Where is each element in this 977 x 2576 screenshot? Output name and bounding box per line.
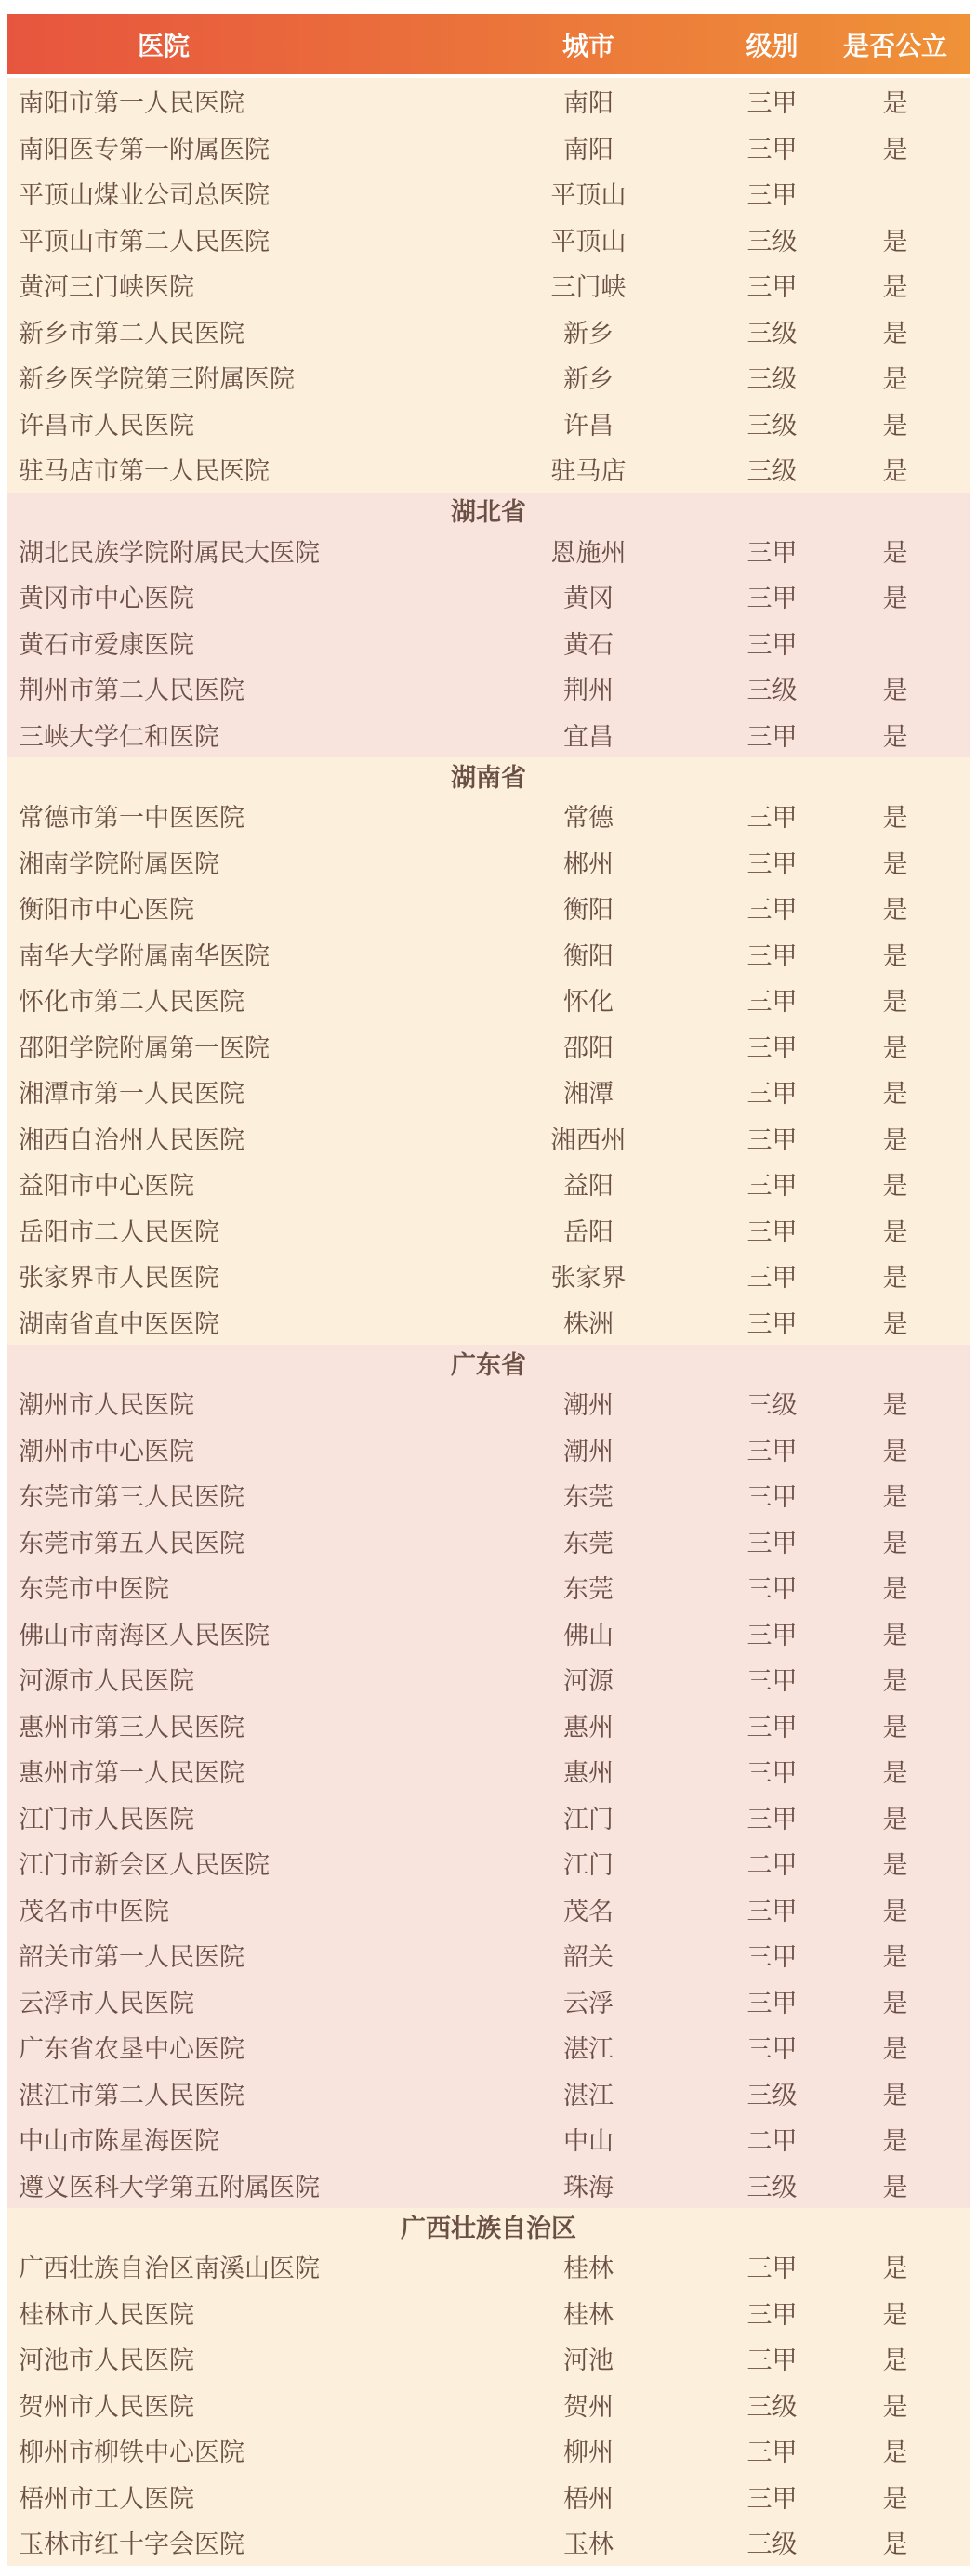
cell-public: 是	[821, 1891, 970, 1927]
cell-hospital: 湘西自治州人民医院	[7, 1120, 454, 1156]
table-row: 荆州市第二人民医院荆州三级是	[7, 665, 970, 712]
cell-public: 是	[821, 1983, 970, 2019]
cell-city: 张家界	[454, 1257, 723, 1294]
cell-level: 三甲	[723, 1799, 821, 1835]
cell-level: 三甲	[723, 1477, 821, 1513]
table-row: 东莞市第五人民医院东莞三甲是	[7, 1518, 970, 1565]
cell-public: 是	[821, 1937, 970, 1973]
cell-hospital: 中山市陈星海医院	[7, 2121, 454, 2157]
cell-public: 是	[821, 1845, 970, 1881]
cell-city: 恩施州	[454, 532, 723, 569]
cell-public: 是	[821, 1028, 970, 1064]
table-row: 邵阳学院附属第一医院邵阳三甲是	[7, 1023, 970, 1070]
cell-city: 韶关	[454, 1937, 723, 1973]
table-row: 黄河三门峡医院三门峡三甲是	[7, 262, 970, 309]
cell-city: 宜昌	[454, 716, 723, 753]
cell-hospital: 湖北民族学院附属民大医院	[7, 532, 454, 569]
cell-level: 三甲	[723, 1661, 821, 1697]
cell-level: 三级	[723, 2075, 821, 2111]
table-row: 惠州市第三人民医院惠州三甲是	[7, 1702, 970, 1749]
cell-hospital: 黄河三门峡医院	[7, 267, 454, 303]
cell-city: 湛江	[454, 2075, 723, 2111]
cell-level: 二甲	[723, 1845, 821, 1881]
cell-public: 是	[821, 670, 970, 706]
cell-hospital: 河源市人民医院	[7, 1661, 454, 1697]
cell-level: 三甲	[723, 844, 821, 880]
cell-level: 三甲	[723, 1983, 821, 2019]
cell-public: 是	[821, 221, 970, 257]
cell-hospital: 湛江市第二人民医院	[7, 2075, 454, 2111]
cell-level: 三甲	[723, 1891, 821, 1927]
province-section: 湖北省湖北民族学院附属民大医院恩施州三甲是黄冈市中心医院黄冈三甲是黄石市爱康医院…	[7, 493, 970, 758]
table-row: 河源市人民医院河源三甲是	[7, 1656, 970, 1702]
table-row: 河池市人民医院河池三甲是	[7, 2335, 970, 2382]
cell-level: 三甲	[723, 532, 821, 569]
table-row: 广东省农垦中心医院湛江三甲是	[7, 2024, 970, 2070]
cell-hospital: 茂名市中医院	[7, 1891, 454, 1927]
cell-level: 三级	[723, 2386, 821, 2423]
cell-level: 三甲	[723, 1165, 821, 1202]
cell-public: 是	[821, 716, 970, 753]
cell-public: 是	[821, 2121, 970, 2157]
cell-city: 桂林	[454, 2248, 723, 2284]
cell-public: 是	[821, 532, 970, 569]
cell-hospital: 东莞市第五人民医院	[7, 1523, 454, 1559]
table-row: 广西壮族自治区南溪山医院桂林三甲是	[7, 2243, 970, 2290]
cell-city: 河源	[454, 1661, 723, 1697]
cell-public: 是	[821, 1431, 970, 1467]
table-row: 三峡大学仁和医院宜昌三甲是	[7, 712, 970, 758]
cell-hospital: 荆州市第二人民医院	[7, 670, 454, 706]
cell-level: 三甲	[723, 797, 821, 834]
table-row: 中山市陈星海医院中山二甲是	[7, 2116, 970, 2162]
table-row: 怀化市第二人民医院怀化三甲是	[7, 977, 970, 1023]
table-row: 湖北民族学院附属民大医院恩施州三甲是	[7, 528, 970, 574]
cell-public: 是	[821, 1073, 970, 1110]
cell-hospital: 平顶山煤业公司总医院	[7, 175, 454, 211]
cell-hospital: 江门市人民医院	[7, 1799, 454, 1835]
table-row: 遵义医科大学第五附属医院珠海三级是	[7, 2162, 970, 2209]
cell-public: 是	[821, 1477, 970, 1513]
cell-city: 南阳	[454, 129, 723, 165]
cell-city: 常德	[454, 797, 723, 834]
cell-public: 是	[821, 2386, 970, 2423]
cell-public: 是	[821, 2340, 970, 2376]
cell-city: 潮州	[454, 1431, 723, 1467]
cell-public: 是	[821, 1707, 970, 1743]
cell-public: 是	[821, 1569, 970, 1605]
cell-hospital: 平顶山市第二人民医院	[7, 221, 454, 257]
cell-level: 三甲	[723, 1569, 821, 1605]
cell-public: 是	[821, 936, 970, 972]
province-section: 广东省潮州市人民医院潮州三级是潮州市中心医院潮州三甲是东莞市第三人民医院东莞三甲…	[7, 1345, 970, 2208]
cell-level: 三甲	[723, 2478, 821, 2515]
cell-level: 三级	[723, 451, 821, 487]
cell-hospital: 衡阳市中心医院	[7, 889, 454, 926]
cell-city: 东莞	[454, 1477, 723, 1513]
cell-public: 是	[821, 2524, 970, 2560]
table-row: 新乡市第二人民医院新乡三级是	[7, 309, 970, 355]
cell-public: 是	[821, 359, 970, 395]
cell-level: 三甲	[723, 981, 821, 1018]
cell-hospital: 南阳医专第一附属医院	[7, 129, 454, 165]
cell-level: 三甲	[723, 267, 821, 303]
cell-city: 怀化	[454, 981, 723, 1018]
cell-hospital: 东莞市第三人民医院	[7, 1477, 454, 1513]
cell-city: 惠州	[454, 1707, 723, 1743]
cell-city: 湘潭	[454, 1073, 723, 1110]
table-row: 东莞市中医院东莞三甲是	[7, 1564, 970, 1610]
cell-city: 平顶山	[454, 175, 723, 211]
cell-hospital: 新乡医学院第三附属医院	[7, 359, 454, 395]
cell-hospital: 许昌市人民医院	[7, 405, 454, 441]
table-row: 南阳医专第一附属医院南阳三甲是	[7, 125, 970, 171]
cell-level: 三级	[723, 359, 821, 395]
section-title: 湖北省	[7, 493, 970, 528]
table-row: 平顶山市第二人民医院平顶山三级是	[7, 217, 970, 263]
cell-level: 三甲	[723, 1523, 821, 1559]
cell-city: 新乡	[454, 359, 723, 395]
table-header-row: 医院 城市 级别 是否公立	[7, 14, 970, 74]
cell-hospital: 广西壮族自治区南溪山医院	[7, 2248, 454, 2284]
cell-level: 三级	[723, 405, 821, 441]
cell-public: 是	[821, 1523, 970, 1559]
cell-level: 三甲	[723, 83, 821, 119]
cell-public: 是	[821, 1120, 970, 1156]
table-row: 湘南学院附属医院郴州三甲是	[7, 839, 970, 886]
table-row: 湖南省直中医医院株洲三甲是	[7, 1299, 970, 1346]
cell-city: 新乡	[454, 313, 723, 349]
cell-public: 是	[821, 2248, 970, 2284]
table-row: 韶关市第一人民医院韶关三甲是	[7, 1932, 970, 1978]
cell-city: 云浮	[454, 1983, 723, 2019]
cell-city: 岳阳	[454, 1212, 723, 1248]
table-row: 潮州市中心医院潮州三甲是	[7, 1426, 970, 1473]
cell-city: 中山	[454, 2121, 723, 2157]
cell-level: 三甲	[723, 2029, 821, 2065]
cell-level: 三甲	[723, 1073, 821, 1110]
table-row: 黄冈市中心医院黄冈三甲是	[7, 573, 970, 620]
column-header-public: 是否公立	[821, 26, 970, 63]
table-body: 南阳市第一人民医院南阳三甲是南阳医专第一附属医院南阳三甲是平顶山煤业公司总医院平…	[7, 78, 970, 2566]
cell-hospital: 广东省农垦中心医院	[7, 2029, 454, 2065]
cell-level: 三级	[723, 2524, 821, 2560]
cell-hospital: 柳州市柳铁中心医院	[7, 2432, 454, 2468]
cell-public: 是	[821, 2029, 970, 2065]
hospital-table-page: 医院 城市 级别 是否公立 南阳市第一人民医院南阳三甲是南阳医专第一附属医院南阳…	[0, 0, 977, 2571]
cell-city: 湘西州	[454, 1120, 723, 1156]
table-row: 东莞市第三人民医院东莞三甲是	[7, 1472, 970, 1518]
cell-city: 平顶山	[454, 221, 723, 257]
cell-hospital: 三峡大学仁和医院	[7, 716, 454, 753]
table-row: 湛江市第二人民医院湛江三级是	[7, 2070, 970, 2117]
cell-level: 三甲	[723, 1257, 821, 1294]
cell-level: 三甲	[723, 624, 821, 661]
column-header-city: 城市	[454, 26, 723, 63]
cell-level: 三级	[723, 313, 821, 349]
cell-public: 是	[821, 981, 970, 1018]
table-row: 南华大学附属南华医院衡阳三甲是	[7, 931, 970, 978]
cell-level: 三甲	[723, 2248, 821, 2284]
table-row: 贺州市人民医院贺州三级是	[7, 2382, 970, 2428]
cell-public: 是	[821, 451, 970, 487]
table-row: 潮州市人民医院潮州三级是	[7, 1380, 970, 1426]
cell-hospital: 潮州市人民医院	[7, 1385, 454, 1421]
cell-hospital: 张家界市人民医院	[7, 1257, 454, 1294]
cell-hospital: 遵义医科大学第五附属医院	[7, 2167, 454, 2203]
province-section: 湖南省常德市第一中医医院常德三甲是湘南学院附属医院郴州三甲是衡阳市中心医院衡阳三…	[7, 757, 970, 1345]
cell-public: 是	[821, 1385, 970, 1421]
cell-city: 惠州	[454, 1753, 723, 1789]
cell-public: 是	[821, 83, 970, 119]
cell-hospital: 江门市新会区人民医院	[7, 1845, 454, 1881]
table-row: 驻马店市第一人民医院驻马店三级是	[7, 446, 970, 493]
cell-level: 三甲	[723, 1212, 821, 1248]
cell-city: 黄冈	[454, 578, 723, 614]
cell-hospital: 邵阳学院附属第一医院	[7, 1028, 454, 1064]
table-row: 许昌市人民医院许昌三级是	[7, 401, 970, 447]
cell-public: 是	[821, 844, 970, 880]
cell-city: 衡阳	[454, 936, 723, 972]
table-row: 新乡医学院第三附属医院新乡三级是	[7, 354, 970, 401]
table-row: 惠州市第一人民医院惠州三甲是	[7, 1748, 970, 1794]
cell-city: 贺州	[454, 2386, 723, 2423]
cell-public: 是	[821, 2432, 970, 2468]
cell-level: 三甲	[723, 716, 821, 753]
cell-hospital: 岳阳市二人民医院	[7, 1212, 454, 1248]
cell-city: 佛山	[454, 1615, 723, 1651]
cell-public: 是	[821, 1753, 970, 1789]
cell-hospital: 东莞市中医院	[7, 1569, 454, 1605]
cell-hospital: 常德市第一中医医院	[7, 797, 454, 834]
cell-hospital: 潮州市中心医院	[7, 1431, 454, 1467]
table-row: 梧州市工人医院梧州三甲是	[7, 2474, 970, 2520]
cell-public: 是	[821, 889, 970, 926]
cell-hospital: 贺州市人民医院	[7, 2386, 454, 2423]
cell-public: 是	[821, 313, 970, 349]
cell-city: 驻马店	[454, 451, 723, 487]
cell-city: 荆州	[454, 670, 723, 706]
cell-public: 是	[821, 129, 970, 165]
cell-hospital: 益阳市中心医院	[7, 1165, 454, 1202]
cell-city: 许昌	[454, 405, 723, 441]
cell-city: 株洲	[454, 1304, 723, 1340]
section-title: 广东省	[7, 1345, 970, 1380]
table-row: 益阳市中心医院益阳三甲是	[7, 1161, 970, 1207]
cell-public: 是	[821, 2478, 970, 2515]
cell-level: 三甲	[723, 2294, 821, 2331]
table-row: 张家界市人民医院张家界三甲是	[7, 1253, 970, 1299]
cell-hospital: 怀化市第二人民医院	[7, 981, 454, 1018]
cell-level: 三级	[723, 221, 821, 257]
cell-level: 三甲	[723, 175, 821, 211]
cell-level: 三甲	[723, 1028, 821, 1064]
cell-public: 是	[821, 1257, 970, 1294]
cell-public: 是	[821, 2167, 970, 2203]
table-row: 南阳市第一人民医院南阳三甲是	[7, 78, 970, 125]
cell-city: 邵阳	[454, 1028, 723, 1064]
cell-public: 是	[821, 797, 970, 834]
cell-city: 南阳	[454, 83, 723, 119]
cell-city: 珠海	[454, 2167, 723, 2203]
cell-level: 三甲	[723, 1937, 821, 1973]
cell-hospital: 佛山市南海区人民医院	[7, 1615, 454, 1651]
cell-public: 是	[821, 578, 970, 614]
cell-level: 三甲	[723, 1615, 821, 1651]
table-row: 平顶山煤业公司总医院平顶山三甲	[7, 170, 970, 217]
cell-hospital: 南华大学附属南华医院	[7, 936, 454, 972]
cell-public: 是	[821, 1165, 970, 1202]
table-row: 岳阳市二人民医院岳阳三甲是	[7, 1207, 970, 1254]
cell-hospital: 玉林市红十字会医院	[7, 2524, 454, 2560]
cell-city: 东莞	[454, 1569, 723, 1605]
cell-hospital: 黄石市爱康医院	[7, 624, 454, 661]
cell-level: 三级	[723, 670, 821, 706]
cell-city: 三门峡	[454, 267, 723, 303]
cell-city: 茂名	[454, 1891, 723, 1927]
cell-hospital: 南阳市第一人民医院	[7, 83, 454, 119]
province-section: 南阳市第一人民医院南阳三甲是南阳医专第一附属医院南阳三甲是平顶山煤业公司总医院平…	[7, 78, 970, 493]
cell-hospital: 湖南省直中医医院	[7, 1304, 454, 1340]
table-row: 湘西自治州人民医院湘西州三甲是	[7, 1115, 970, 1162]
cell-city: 郴州	[454, 844, 723, 880]
cell-hospital: 桂林市人民医院	[7, 2294, 454, 2331]
cell-level: 三甲	[723, 578, 821, 614]
cell-city: 江门	[454, 1799, 723, 1835]
table-row: 衡阳市中心医院衡阳三甲是	[7, 885, 970, 931]
cell-public: 是	[821, 1304, 970, 1340]
cell-public: 是	[821, 1212, 970, 1248]
cell-public: 是	[821, 405, 970, 441]
column-header-level: 级别	[723, 26, 821, 63]
cell-hospital: 云浮市人民医院	[7, 1983, 454, 2019]
cell-public: 是	[821, 2294, 970, 2331]
cell-level: 三甲	[723, 2432, 821, 2468]
cell-hospital: 新乡市第二人民医院	[7, 313, 454, 349]
cell-city: 东莞	[454, 1523, 723, 1559]
table-row: 云浮市人民医院云浮三甲是	[7, 1978, 970, 2025]
table-row: 黄石市爱康医院黄石三甲	[7, 620, 970, 666]
cell-hospital: 河池市人民医院	[7, 2340, 454, 2376]
cell-hospital: 驻马店市第一人民医院	[7, 451, 454, 487]
column-header-hospital: 医院	[7, 26, 454, 63]
cell-level: 三甲	[723, 2340, 821, 2376]
cell-city: 玉林	[454, 2524, 723, 2560]
cell-level: 三级	[723, 1385, 821, 1421]
cell-hospital: 惠州市第一人民医院	[7, 1753, 454, 1789]
cell-level: 三甲	[723, 129, 821, 165]
table-row: 江门市新会区人民医院江门二甲是	[7, 1840, 970, 1886]
cell-public: 是	[821, 1799, 970, 1835]
cell-hospital: 湘南学院附属医院	[7, 844, 454, 880]
cell-hospital: 惠州市第三人民医院	[7, 1707, 454, 1743]
cell-level: 三甲	[723, 1304, 821, 1340]
cell-city: 黄石	[454, 624, 723, 661]
cell-public: 是	[821, 1661, 970, 1697]
cell-public: 是	[821, 2075, 970, 2111]
cell-city: 湛江	[454, 2029, 723, 2065]
province-section: 广西壮族自治区广西壮族自治区南溪山医院桂林三甲是桂林市人民医院桂林三甲是河池市人…	[7, 2208, 970, 2566]
cell-level: 三甲	[723, 1753, 821, 1789]
cell-city: 桂林	[454, 2294, 723, 2331]
cell-hospital: 梧州市工人医院	[7, 2478, 454, 2515]
cell-city: 梧州	[454, 2478, 723, 2515]
cell-city: 潮州	[454, 1385, 723, 1421]
cell-public: 是	[821, 267, 970, 303]
table-row: 常德市第一中医医院常德三甲是	[7, 793, 970, 839]
cell-public: 是	[821, 1615, 970, 1651]
cell-city: 河池	[454, 2340, 723, 2376]
cell-level: 二甲	[723, 2121, 821, 2157]
cell-level: 三甲	[723, 936, 821, 972]
cell-city: 益阳	[454, 1165, 723, 1202]
cell-level: 三甲	[723, 1431, 821, 1467]
cell-level: 三甲	[723, 1120, 821, 1156]
cell-city: 柳州	[454, 2432, 723, 2468]
cell-level: 三甲	[723, 1707, 821, 1743]
table-row: 茂名市中医院茂名三甲是	[7, 1886, 970, 1933]
table-row: 桂林市人民医院桂林三甲是	[7, 2290, 970, 2336]
cell-level: 三甲	[723, 889, 821, 926]
table-row: 佛山市南海区人民医院佛山三甲是	[7, 1610, 970, 1657]
cell-hospital: 黄冈市中心医院	[7, 578, 454, 614]
cell-city: 江门	[454, 1845, 723, 1881]
table-row: 湘潭市第一人民医院湘潭三甲是	[7, 1069, 970, 1115]
cell-city: 衡阳	[454, 889, 723, 926]
section-title: 广西壮族自治区	[7, 2208, 970, 2243]
table-row: 江门市人民医院江门三甲是	[7, 1794, 970, 1841]
cell-hospital: 湘潭市第一人民医院	[7, 1073, 454, 1110]
section-title: 湖南省	[7, 757, 970, 793]
cell-hospital: 韶关市第一人民医院	[7, 1937, 454, 1973]
table-row: 玉林市红十字会医院玉林三级是	[7, 2519, 970, 2566]
table-row: 柳州市柳铁中心医院柳州三甲是	[7, 2427, 970, 2474]
cell-level: 三级	[723, 2167, 821, 2203]
